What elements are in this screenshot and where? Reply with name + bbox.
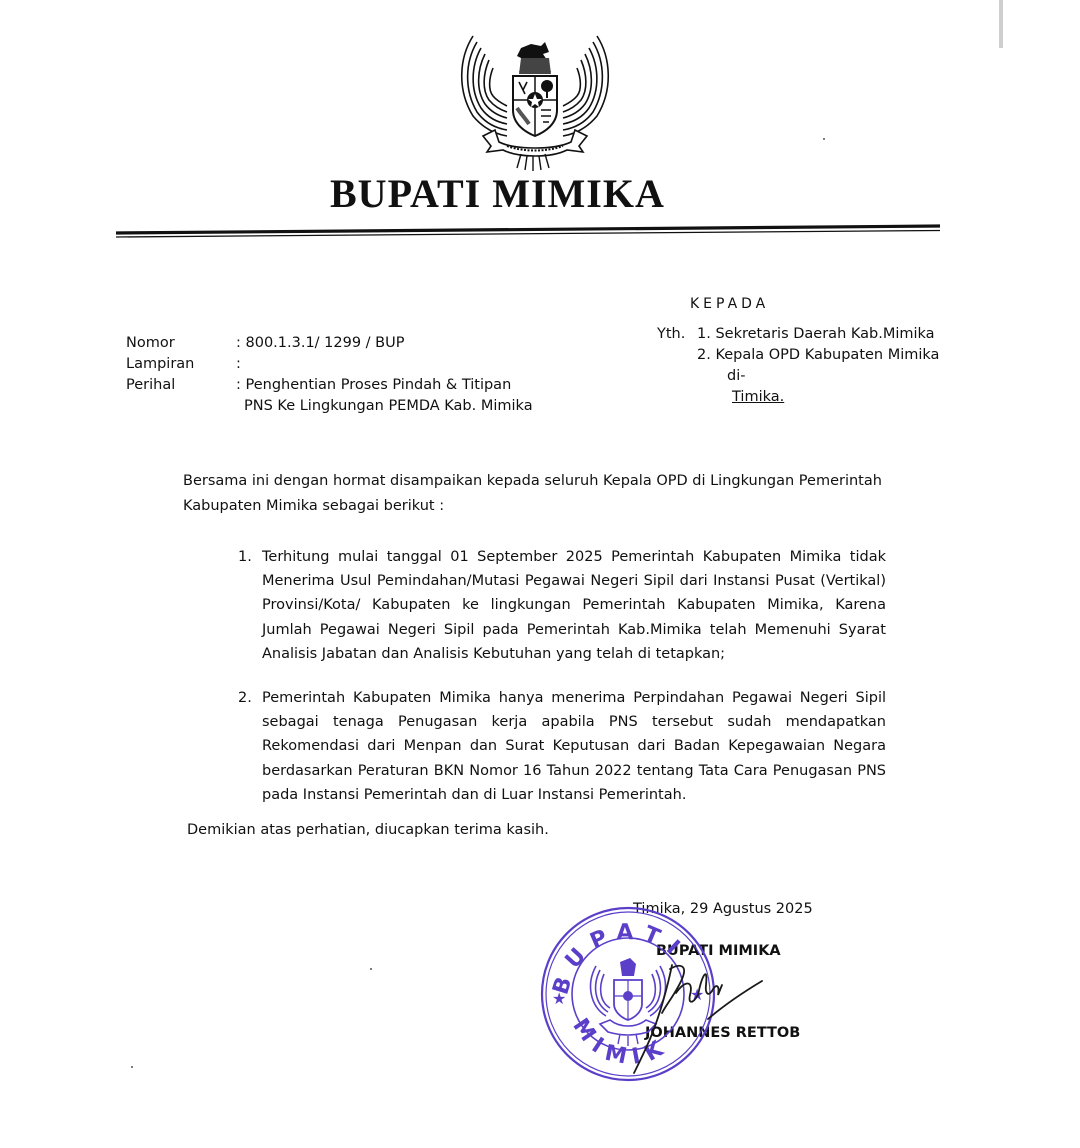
letter-meta: Nomor : 800.1.3.1/ 1299 / BUP Lampiran :… (126, 333, 574, 417)
point-number: 2. (238, 686, 262, 807)
perihal-value-line2: PNS Ke Lingkungan PEMDA Kab. Mimika (236, 396, 574, 417)
recipient-city: Timika. (657, 387, 939, 408)
recipient-di: di- (657, 366, 939, 387)
perihal-value-line1: : Penghentian Proses Pindah & Titipan (236, 375, 566, 396)
list-item: 2. Pemerintah Kabupaten Mimika hanya men… (238, 686, 886, 807)
scanned-letter: BUPATI MIMIKA Nomor : 800.1.3.1/ 1299 / … (0, 0, 1080, 1148)
point-text: Terhitung mulai tanggal 01 September 202… (262, 545, 886, 666)
scan-speck (580, 795, 582, 797)
intro-paragraph: Bersama ini dengan hormat disampaikan ke… (183, 469, 883, 519)
scan-speck (823, 138, 825, 140)
recipient-item: 1. Sekretaris Daerah Kab.Mimika (697, 324, 935, 345)
lampiran-value: : (236, 354, 566, 375)
perihal-label: Perihal (126, 375, 236, 396)
scan-speck (131, 1066, 133, 1068)
letterhead-double-rule (116, 224, 940, 238)
letterhead-title: BUPATI MIMIKA (330, 170, 730, 217)
nomor-label: Nomor (126, 333, 236, 354)
salutation: Yth. (657, 324, 697, 345)
scan-speck (370, 968, 372, 970)
points-list: 1. Terhitung mulai tanggal 01 September … (238, 545, 886, 827)
recipient-heading: KEPADA (690, 296, 769, 312)
lampiran-label: Lampiran (126, 354, 236, 375)
recipient-block: Yth. 1. Sekretaris Daerah Kab.Mimika 2. … (657, 324, 939, 408)
garuda-emblem-icon (455, 28, 615, 174)
svg-text:★: ★ (552, 989, 566, 1008)
closing-line: Demikian atas perhatian, diucapkan terim… (187, 822, 549, 838)
handwritten-signature (610, 935, 780, 1075)
point-number: 1. (238, 545, 262, 666)
list-item: 1. Terhitung mulai tanggal 01 September … (238, 545, 886, 666)
scan-edge-mark (999, 0, 1003, 48)
point-text: Pemerintah Kabupaten Mimika hanya meneri… (262, 686, 886, 807)
nomor-value: : 800.1.3.1/ 1299 / BUP (236, 333, 566, 354)
recipient-item: 2. Kepala OPD Kabupaten Mimika (697, 345, 939, 366)
